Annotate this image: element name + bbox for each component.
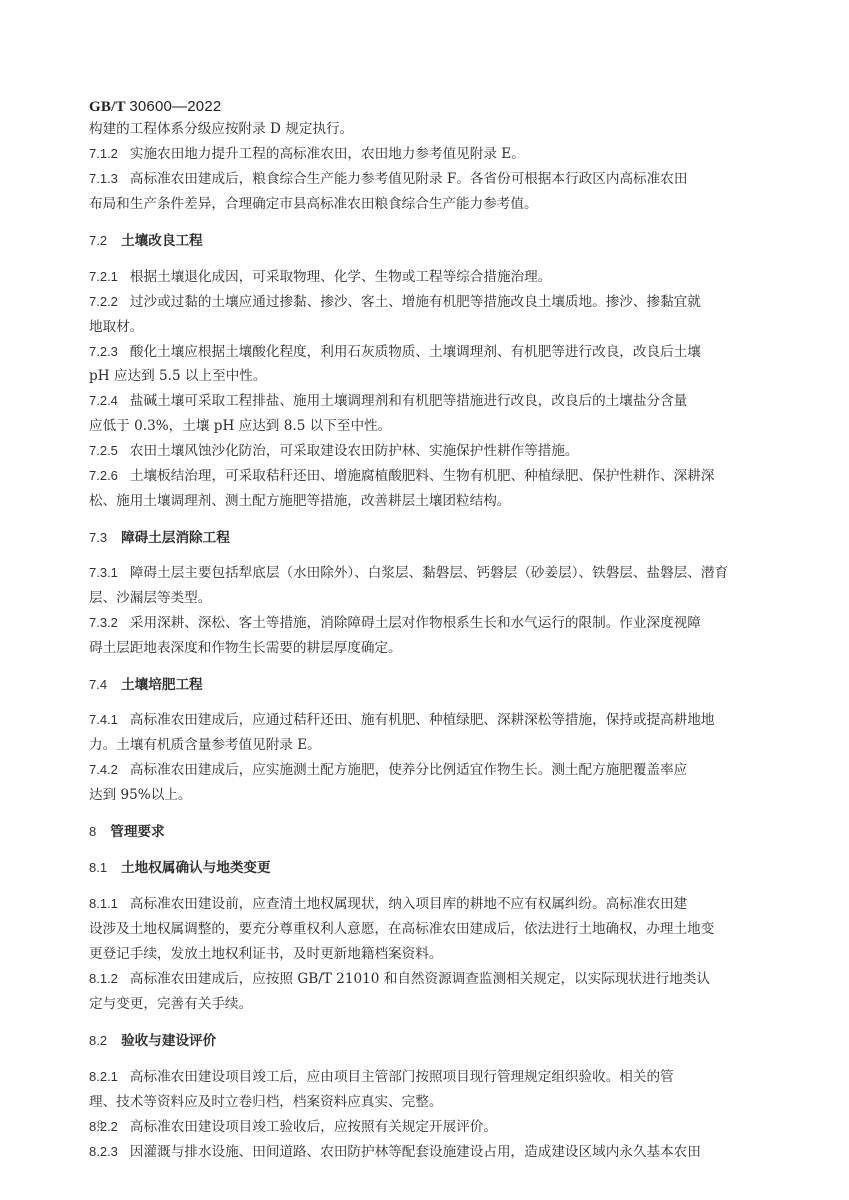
paragraph-line: 7.2.4盐碱土壤可采取工程排盐、施用土壤调理剂和有机肥等措施进行改良，改良后的… bbox=[89, 392, 687, 410]
line-text: 设涉及土地权属调整的，要充分尊重权利人意愿，在高标准农田建成后，依法进行土地确权… bbox=[89, 921, 714, 937]
line-text: 应低于 0.3%，土壤 pH 应达到 8.5 以下至中性。 bbox=[89, 418, 391, 434]
line-text: 碍土层距地表深度和作物生长需要的耕层厚度确定。 bbox=[89, 640, 402, 656]
paragraph-line: 力。土壤有机质含量参考值见附录 E。 bbox=[89, 736, 321, 754]
standard-prefix: GB/T bbox=[89, 99, 125, 115]
clause-number: 8 bbox=[89, 824, 96, 839]
section-title: 管理要求 bbox=[110, 824, 164, 840]
paragraph-line: 7.2.2过沙或过黏的土壤应通过掺黏、掺沙、客土、增施有机肥等措施改良土壤质地。… bbox=[89, 293, 701, 311]
line-text: 农田土壤风蚀沙化防治，可采取建设农田防护林、实施保护性耕作等措施。 bbox=[130, 443, 579, 459]
clause-number: 7.2.4 bbox=[89, 393, 118, 408]
clause-number: 7.3.1 bbox=[89, 565, 118, 580]
line-text: 障碍土层主要包括犁底层（水田除外）、白浆层、黏磐层、钙磐层（砂姜层）、铁磐层、盐… bbox=[130, 565, 728, 581]
section-title: 土壤改良工程 bbox=[121, 233, 203, 249]
line-text: 高标准农田建设项目竣工验收后，应按照有关规定开展评价。 bbox=[130, 1119, 497, 1135]
line-text: 力。土壤有机质含量参考值见附录 E。 bbox=[89, 737, 321, 753]
paragraph-line: 7.2.6土壤板结治理，可采取秸秆还田、增施腐植酸肥料、生物有机肥、种植绿肥、保… bbox=[89, 467, 714, 485]
line-text: 构建的工程体系分级应按附录 D 规定执行。 bbox=[89, 121, 353, 137]
clause-number: 7.1.2 bbox=[89, 146, 118, 161]
clause-number: 7.2.6 bbox=[89, 468, 118, 483]
paragraph-line: 构建的工程体系分级应按附录 D 规定执行。 bbox=[89, 120, 353, 138]
page-number: 8 bbox=[97, 1117, 103, 1132]
paragraph-line: 更登记手续，发放土地权利证书，及时更新地籍档案资料。 bbox=[89, 945, 442, 963]
paragraph-line: 定与变更，完善有关手续。 bbox=[89, 995, 252, 1013]
paragraph-line: 8.1.2高标准农田建成后，应按照 GB/T 21010 和自然资源调查监测相关… bbox=[89, 970, 710, 988]
clause-number: 7.4 bbox=[89, 677, 107, 692]
line-text: 地取材。 bbox=[89, 319, 143, 335]
line-text: 布局和生产条件差异，合理确定市县高标准农田粮食综合生产能力参考值。 bbox=[89, 196, 538, 212]
paragraph-line: 松、施用土壤调理剂、测土配方施肥等措施，改善耕层土壤团粒结构。 bbox=[89, 492, 510, 510]
paragraph-line: 达到 95%以上。 bbox=[89, 786, 192, 804]
section-heading: 8.1土地权属确认与地类变更 bbox=[89, 859, 271, 877]
paragraph-line: 8.2.3因灌溉与排水设施、田间道路、农田防护林等配套设施建设占用，造成建设区域… bbox=[89, 1143, 701, 1161]
clause-number: 8.1 bbox=[89, 860, 107, 875]
paragraph-line: 7.3.1障碍土层主要包括犁底层（水田除外）、白浆层、黏磐层、钙磐层（砂姜层）、… bbox=[89, 564, 728, 582]
section-title: 障碍土层消除工程 bbox=[121, 530, 230, 546]
paragraph-line: pH 应达到 5.5 以上至中性。 bbox=[89, 367, 266, 385]
line-text: 盐碱土壤可采取工程排盐、施用土壤调理剂和有机肥等措施进行改良，改良后的土壤盐分含… bbox=[130, 393, 687, 409]
standard-header: GB/T 30600—2022 bbox=[89, 98, 221, 116]
clause-number: 8.1.1 bbox=[89, 896, 118, 911]
line-text: 酸化土壤应根据土壤酸化程度，利用石灰质物质、土壤调理剂、有机肥等进行改良，改良后… bbox=[130, 344, 701, 360]
section-title: 土壤培肥工程 bbox=[121, 677, 203, 693]
paragraph-line: 碍土层距地表深度和作物生长需要的耕层厚度确定。 bbox=[89, 639, 402, 657]
paragraph-line: 布局和生产条件差异，合理确定市县高标准农田粮食综合生产能力参考值。 bbox=[89, 195, 538, 213]
line-text: 采用深耕、深松、客土等措施，消除障碍土层对作物根系生长和水气运行的限制。作业深度… bbox=[130, 615, 701, 631]
line-text: 根据土壤退化成因，可采取物理、化学、生物或工程等综合措施治理。 bbox=[130, 269, 551, 285]
paragraph-line: 7.3.2采用深耕、深松、客土等措施，消除障碍土层对作物根系生长和水气运行的限制… bbox=[89, 614, 701, 632]
line-text: 层、沙漏层等类型。 bbox=[89, 590, 211, 606]
paragraph-line: 7.4.1高标准农田建成后，应通过秸秆还田、施有机肥、种植绿肥、深耕深松等措施，… bbox=[89, 711, 714, 729]
standard-number: 30600—2022 bbox=[129, 98, 221, 115]
paragraph-line: 7.2.3酸化土壤应根据土壤酸化程度，利用石灰质物质、土壤调理剂、有机肥等进行改… bbox=[89, 343, 701, 361]
line-text: pH 应达到 5.5 以上至中性。 bbox=[89, 368, 266, 384]
clause-number: 7.2.1 bbox=[89, 269, 118, 284]
clause-number: 8.2.3 bbox=[89, 1144, 118, 1159]
section-heading: 7.3障碍土层消除工程 bbox=[89, 529, 230, 547]
clause-number: 7.4.2 bbox=[89, 762, 118, 777]
paragraph-line: 7.2.1根据土壤退化成因，可采取物理、化学、生物或工程等综合措施治理。 bbox=[89, 268, 551, 286]
section-heading: 7.2土壤改良工程 bbox=[89, 232, 203, 250]
paragraph-line: 应低于 0.3%，土壤 pH 应达到 8.5 以下至中性。 bbox=[89, 417, 391, 435]
paragraph-line: 理、技术等资料应及时立卷归档，档案资料应真实、完整。 bbox=[89, 1093, 442, 1111]
clause-number: 7.4.1 bbox=[89, 712, 118, 727]
clause-number: 7.3.2 bbox=[89, 615, 118, 630]
clause-number: 7.2.2 bbox=[89, 294, 118, 309]
clause-number: 7.2.3 bbox=[89, 344, 118, 359]
line-text: 理、技术等资料应及时立卷归档，档案资料应真实、完整。 bbox=[89, 1094, 442, 1110]
line-text: 土壤板结治理，可采取秸秆还田、增施腐植酸肥料、生物有机肥、种植绿肥、保护性耕作、… bbox=[130, 468, 715, 484]
clause-number: 7.3 bbox=[89, 530, 107, 545]
paragraph-line: 设涉及土地权属调整的，要充分尊重权利人意愿，在高标准农田建成后，依法进行土地确权… bbox=[89, 920, 714, 938]
paragraph-line: 8.1.1高标准农田建设前，应查清土地权属现状，纳入项目库的耕地不应有权属纠纷。… bbox=[89, 895, 687, 913]
section-heading: 8.2验收与建设评价 bbox=[89, 1032, 216, 1050]
line-text: 高标准农田建成后，应按照 GB/T 21010 和自然资源调查监测相关规定，以实… bbox=[130, 971, 710, 987]
line-text: 过沙或过黏的土壤应通过掺黏、掺沙、客土、增施有机肥等措施改良土壤质地。掺沙、掺黏… bbox=[130, 294, 701, 310]
paragraph-line: 8.2.2高标准农田建设项目竣工验收后，应按照有关规定开展评价。 bbox=[89, 1118, 497, 1136]
clause-number: 8.2.1 bbox=[89, 1069, 118, 1084]
paragraph-line: 层、沙漏层等类型。 bbox=[89, 589, 211, 607]
line-text: 更登记手续，发放土地权利证书，及时更新地籍档案资料。 bbox=[89, 946, 442, 962]
section-heading: 8管理要求 bbox=[89, 823, 165, 841]
section-heading: 7.4土壤培肥工程 bbox=[89, 676, 203, 694]
line-text: 高标准农田建成后，粮食综合生产能力参考值见附录 F。各省份可根据本行政区内高标准… bbox=[130, 171, 688, 187]
paragraph-line: 7.4.2高标准农田建成后，应实施测土配方施肥，使养分比例适宜作物生长。测土配方… bbox=[89, 761, 687, 779]
line-text: 松、施用土壤调理剂、测土配方施肥等措施，改善耕层土壤团粒结构。 bbox=[89, 493, 510, 509]
paragraph-line: 7.1.2实施农田地力提升工程的高标准农田，农田地力参考值见附录 E。 bbox=[89, 145, 525, 163]
clause-number: 7.2 bbox=[89, 233, 107, 248]
clause-number: 8.2.2 bbox=[89, 1119, 118, 1134]
clause-number: 7.1.3 bbox=[89, 171, 118, 186]
paragraph-line: 7.1.3高标准农田建成后，粮食综合生产能力参考值见附录 F。各省份可根据本行政… bbox=[89, 170, 687, 188]
clause-number: 7.2.5 bbox=[89, 443, 118, 458]
line-text: 实施农田地力提升工程的高标准农田，农田地力参考值见附录 E。 bbox=[130, 146, 525, 162]
paragraph-line: 7.2.5农田土壤风蚀沙化防治，可采取建设农田防护林、实施保护性耕作等措施。 bbox=[89, 442, 579, 460]
line-text: 达到 95%以上。 bbox=[89, 787, 192, 803]
line-text: 定与变更，完善有关手续。 bbox=[89, 996, 252, 1012]
clause-number: 8.2 bbox=[89, 1033, 107, 1048]
paragraph-line: 地取材。 bbox=[89, 318, 143, 336]
line-text: 高标准农田建成后，应实施测土配方施肥，使养分比例适宜作物生长。测土配方施肥覆盖率… bbox=[130, 762, 687, 778]
clause-number: 8.1.2 bbox=[89, 971, 118, 986]
line-text: 高标准农田建设项目竣工后，应由项目主管部门按照项目现行管理规定组织验收。相关的管 bbox=[130, 1069, 674, 1085]
section-title: 验收与建设评价 bbox=[121, 1033, 216, 1049]
section-title: 土地权属确认与地类变更 bbox=[121, 860, 271, 876]
line-text: 因灌溉与排水设施、田间道路、农田防护林等配套设施建设占用，造成建设区域内永久基本… bbox=[130, 1144, 701, 1160]
line-text: 高标准农田建设前，应查清土地权属现状，纳入项目库的耕地不应有权属纠纷。高标准农田… bbox=[130, 896, 687, 912]
line-text: 高标准农田建成后，应通过秸秆还田、施有机肥、种植绿肥、深耕深松等措施，保持或提高… bbox=[130, 712, 715, 728]
paragraph-line: 8.2.1高标准农田建设项目竣工后，应由项目主管部门按照项目现行管理规定组织验收… bbox=[89, 1068, 674, 1086]
